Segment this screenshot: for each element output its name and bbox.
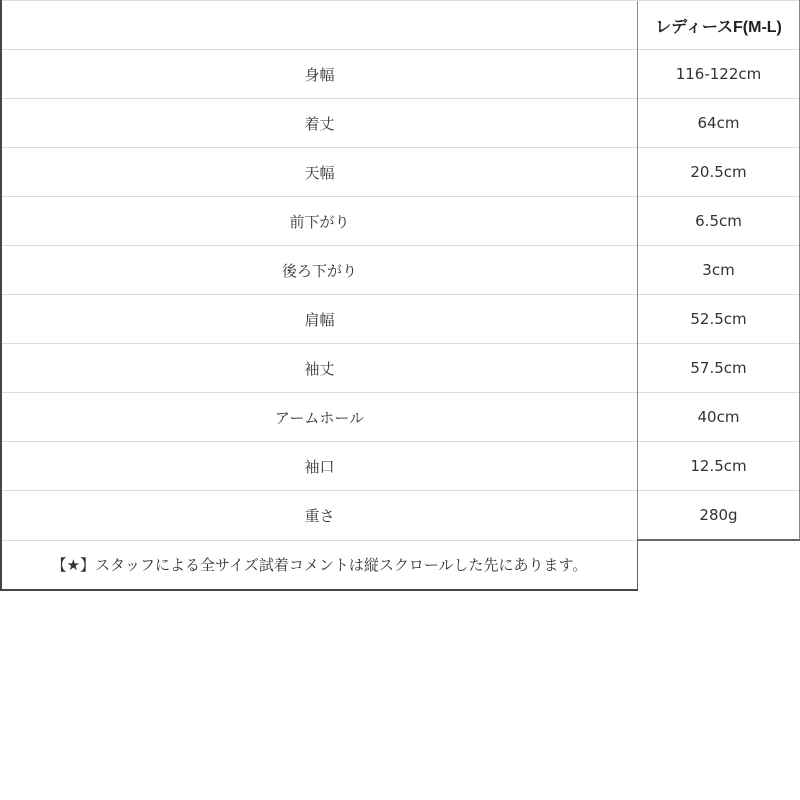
measurement-value: 3cm bbox=[638, 246, 800, 295]
measurement-value: 116-122cm bbox=[638, 50, 800, 99]
measurement-label: 袖口 bbox=[1, 442, 638, 491]
measurement-value: 280g bbox=[638, 491, 800, 541]
measurement-label: アームホール bbox=[1, 393, 638, 442]
table-row: 袖丈 57.5cm bbox=[1, 344, 800, 393]
measurement-label: 重さ bbox=[1, 491, 638, 541]
note-row: 【★】スタッフによる全サイズ試着コメントは縦スクロールした先にあります。 bbox=[1, 540, 800, 590]
measurement-label: 後ろ下がり bbox=[1, 246, 638, 295]
table-row: 後ろ下がり 3cm bbox=[1, 246, 800, 295]
table-row: 前下がり 6.5cm bbox=[1, 197, 800, 246]
table-row: 天幅 20.5cm bbox=[1, 148, 800, 197]
measurement-value: 64cm bbox=[638, 99, 800, 148]
table-row: 着丈 64cm bbox=[1, 99, 800, 148]
measurement-value: 6.5cm bbox=[638, 197, 800, 246]
table-row: 肩幅 52.5cm bbox=[1, 295, 800, 344]
measurement-value: 52.5cm bbox=[638, 295, 800, 344]
empty-cell bbox=[638, 540, 800, 590]
measurement-label: 袖丈 bbox=[1, 344, 638, 393]
size-chart-table: レディースF(M-L) 身幅 116-122cm 着丈 64cm 天幅 20.5… bbox=[0, 0, 800, 591]
measurement-label: 天幅 bbox=[1, 148, 638, 197]
measurement-value: 20.5cm bbox=[638, 148, 800, 197]
measurement-value: 40cm bbox=[638, 393, 800, 442]
header-label-cell bbox=[1, 1, 638, 50]
measurement-label: 肩幅 bbox=[1, 295, 638, 344]
table-row: 身幅 116-122cm bbox=[1, 50, 800, 99]
table-row: アームホール 40cm bbox=[1, 393, 800, 442]
table-row: 重さ 280g bbox=[1, 491, 800, 541]
header-size-cell: レディースF(M-L) bbox=[638, 1, 800, 50]
measurement-value: 57.5cm bbox=[638, 344, 800, 393]
measurement-value: 12.5cm bbox=[638, 442, 800, 491]
measurement-label: 前下がり bbox=[1, 197, 638, 246]
measurement-label: 身幅 bbox=[1, 50, 638, 99]
staff-comment-note: 【★】スタッフによる全サイズ試着コメントは縦スクロールした先にあります。 bbox=[1, 540, 638, 590]
table-header-row: レディースF(M-L) bbox=[1, 1, 800, 50]
measurement-label: 着丈 bbox=[1, 99, 638, 148]
table-row: 袖口 12.5cm bbox=[1, 442, 800, 491]
